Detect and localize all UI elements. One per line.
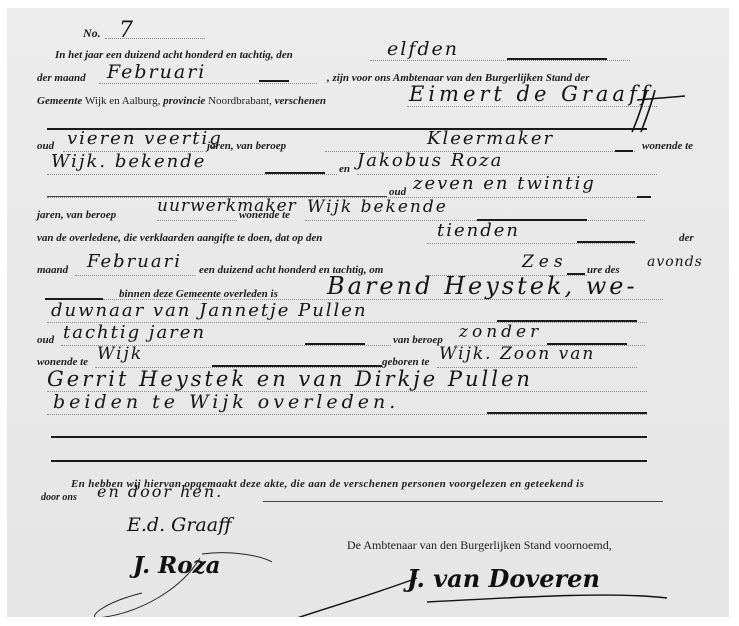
death-day: tienden (437, 220, 520, 241)
deceased-residence: Wijk (97, 344, 143, 364)
municipality-line: Gemeente Wijk en Aalburg, provincie Noor… (37, 95, 326, 107)
informant1-dotline (407, 106, 657, 107)
informant1-name: Eimert de Graaff (409, 82, 652, 106)
deceased-occupation: zonder (459, 322, 542, 342)
deceased-name: Barend Heystek, we- (327, 272, 638, 300)
registration-day: elfden (387, 38, 459, 60)
line15-dotline (47, 414, 647, 415)
declaration-text: van de overledene, die verklaarden aangi… (37, 232, 322, 244)
blank-rule-2 (51, 460, 647, 462)
jaren-beroep-2: jaren, van beroep (37, 209, 116, 221)
en-label: en (339, 163, 350, 175)
month-label: der maand (37, 72, 86, 84)
parents-status: beiden te Wijk overleden. (53, 391, 399, 413)
beroep-label: van beroep (393, 334, 443, 346)
number-label: No. (83, 26, 101, 41)
informant2-age: zeven en twintig (413, 173, 596, 194)
municipality-name: Wijk en Aalburg, (85, 95, 160, 107)
age2-rule (637, 196, 651, 198)
wonende-label-1: wonende te (642, 140, 693, 152)
residence1-rule (265, 172, 325, 174)
province-name: Noordbrabant, (208, 95, 272, 107)
closing-rule (263, 501, 663, 502)
death-month: Februari (87, 251, 182, 272)
month-rule (259, 80, 289, 82)
door-ons-label: door ons (41, 492, 77, 503)
informant1-occupation: Kleermaker (427, 128, 554, 149)
intro-text: In het jaar een duizend acht honderd en … (55, 49, 293, 61)
flourish-roza (82, 548, 282, 617)
maand-label: maand (37, 264, 68, 276)
verschenen-label: verschenen (275, 95, 326, 107)
death-date-rule (577, 241, 635, 243)
informant2-residence: Wijk bekende (307, 197, 448, 217)
death-date-dotline (427, 243, 637, 244)
der-label-2: der (679, 232, 694, 244)
informant1-residence: Wijk. bekende (51, 151, 206, 172)
day-rule (507, 58, 607, 60)
death-hour: Zes (522, 252, 568, 272)
occupation1-rule (615, 150, 633, 152)
informant1-age: vieren veertig (67, 128, 223, 149)
certificate-page: No. 7 In het jaar een duizend acht honde… (7, 8, 729, 617)
day-dotline (370, 60, 630, 61)
parents-names: Gerrit Heystek en van Dirkje Pullen (47, 367, 533, 391)
deceased-age: tachtig jaren (63, 322, 206, 343)
month-dotline (99, 83, 317, 84)
signature-informant1: E.d. Graaff (127, 514, 232, 536)
wonende-label-2: wonende te (239, 209, 290, 221)
gemeente-label: Gemeente (37, 95, 82, 107)
residence1-dotline (47, 174, 337, 175)
record-number: 7 (119, 18, 135, 43)
line15-rule (487, 412, 647, 414)
closing-handwritten: en door hen. (97, 482, 223, 501)
occupation2-dotline (157, 220, 237, 221)
flourish-official (287, 568, 687, 617)
registration-month: Februari (107, 61, 206, 83)
deceased-birthplace: Wijk. Zoon van (439, 344, 595, 364)
spouse-text: duwnaar van Jannetje Pullen (51, 300, 368, 321)
blank-rule-1 (51, 436, 647, 438)
age-rule (305, 343, 365, 345)
death-month-dotline (75, 275, 195, 276)
informant2-name: Jakobus Roza (357, 150, 503, 171)
provincie-label: provincie (163, 95, 205, 107)
oud-label-3: oud (37, 334, 54, 346)
death-daypart: avonds (647, 254, 703, 270)
official-label: De Ambtenaar van den Burgerlijken Stand … (347, 538, 612, 553)
jaren-beroep-1: jaren, van beroep (207, 140, 286, 152)
